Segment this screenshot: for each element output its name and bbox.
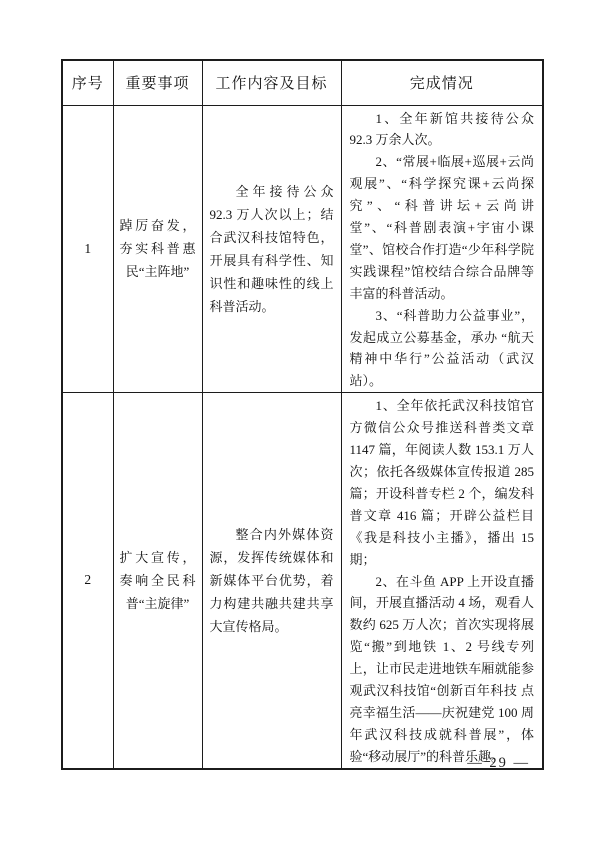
goal-cell: 全年接待公众 92.3 万人次以上；结合武汉科技馆特色，开展具有科学性、知识性和… xyxy=(202,105,341,393)
header-cell-goal: 工作内容及目标 xyxy=(202,60,341,105)
header-cell-index: 序号 xyxy=(62,60,113,105)
row-index: 1 xyxy=(62,105,113,393)
header-cell-completion: 完成情况 xyxy=(341,60,543,105)
matter-cell: 扩大宣传，奏响全民科普“主旋律” xyxy=(113,393,202,769)
matter-cell: 踔厉奋发，夯实科普惠民“主阵地” xyxy=(113,105,202,393)
goal-cell: 整合内外媒体资源，发挥传统媒体和新媒体平台优势，着力构建共融共建共享大宣传格局。 xyxy=(202,393,341,769)
completion-cell: 1、全年新馆共接待公众 92.3 万余人次。 2、“常展+临展+巡展+云尚观展”… xyxy=(341,105,543,393)
table-header-row: 序号 重要事项 工作内容及目标 完成情况 xyxy=(62,60,543,105)
completion-paragraph: 2、“常展+临展+巡展+云尚观展”、“科学探究课+云尚探究”、“科普讲坛+云尚讲… xyxy=(350,151,535,304)
completion-cell: 1、全年依托武汉科技馆官方微信公众号推送科普类文章 1147 篇，年阅读人数 1… xyxy=(341,393,543,769)
table-row: 2 扩大宣传，奏响全民科普“主旋律” 整合内外媒体资源，发挥传统媒体和新媒体平台… xyxy=(62,393,543,769)
row-index: 2 xyxy=(62,393,113,769)
document-page: 序号 重要事项 工作内容及目标 完成情况 1 踔厉奋发，夯实科普惠民“主阵地” … xyxy=(0,0,600,848)
table-row: 1 踔厉奋发，夯实科普惠民“主阵地” 全年接待公众 92.3 万人次以上；结合武… xyxy=(62,105,543,393)
completion-paragraph: 3、“科普助力公益事业”，发起成立公募基金，承办 “航天精神中华行”公益活动（武… xyxy=(350,305,535,393)
page-number: — 29 — xyxy=(0,755,530,772)
work-report-table: 序号 重要事项 工作内容及目标 完成情况 1 踔厉奋发，夯实科普惠民“主阵地” … xyxy=(61,59,544,770)
goal-paragraph: 整合内外媒体资源，发挥传统媒体和新媒体平台优势，着力构建共融共建共享大宣传格局。 xyxy=(210,523,334,638)
completion-paragraph: 2、在斗鱼 APP 上开设直播间，开展直播活动 4 场，观看人数约 625 万人… xyxy=(350,571,535,768)
completion-paragraph: 1、全年新馆共接待公众 92.3 万余人次。 xyxy=(350,108,535,152)
completion-paragraph: 1、全年依托武汉科技馆官方微信公众号推送科普类文章 1147 篇，年阅读人数 1… xyxy=(350,395,535,570)
goal-paragraph: 全年接待公众 92.3 万人次以上；结合武汉科技馆特色，开展具有科学性、知识性和… xyxy=(210,180,334,318)
header-cell-matter: 重要事项 xyxy=(113,60,202,105)
